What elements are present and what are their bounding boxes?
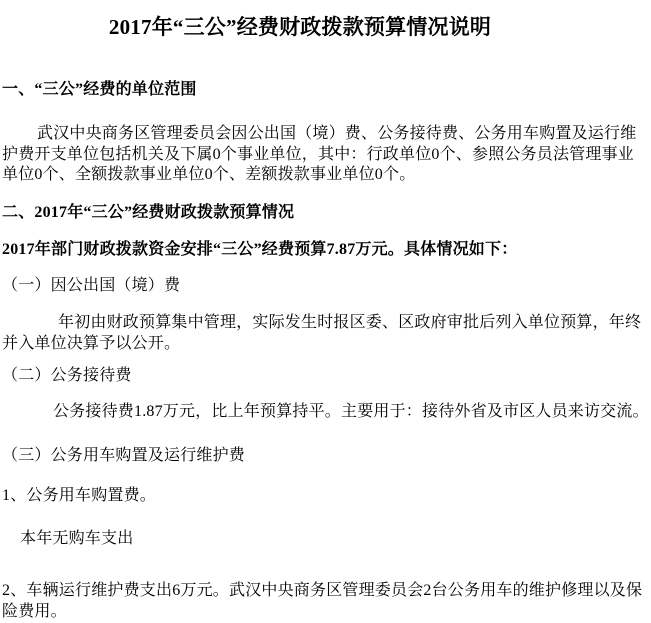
section-1-heading: 一、“三公”经费的单位范围 [2, 80, 650, 101]
subsection-1-heading-abroad-fee: （一）因公出国（境）费 [2, 276, 650, 297]
section-1-paragraph-unit-scope: 武汉中央商务区管理委员会因公出国（境）费、公务接待费、公务用车购置及运行维护费开… [2, 124, 650, 186]
list-item-vehicle-purchase: 1、公务用车购置费。 [2, 486, 650, 507]
subsection-2-heading-reception-fee: （二）公务接待费 [2, 366, 650, 387]
section-2-heading: 二、2017年“三公”经费财政拨款预算情况 [2, 203, 650, 224]
document-page: 2017年“三公”经费财政拨款预算情况说明 一、“三公”经费的单位范围 武汉中央… [0, 0, 651, 623]
paragraph-abroad-fee: 年初由财政预算集中管理，实际发生时报区委、区政府审批后列入单位预算，年终并入单位… [2, 313, 650, 354]
budget-summary-line: 2017年部门财政拨款资金安排“三公”经费预算7.87万元。具体情况如下： [2, 240, 650, 261]
page-title: 2017年“三公”经费财政拨款预算情况说明 [0, 14, 600, 41]
subsection-3-heading-vehicle-fee: （三）公务用车购置及运行维护费 [2, 446, 650, 467]
paragraph-no-purchase: 本年无购车支出 [20, 529, 650, 550]
list-item-vehicle-maintenance: 2、车辆运行维护费支出6万元。武汉中央商务区管理委员会2台公务用车的维护修理以及… [2, 581, 650, 622]
paragraph-reception-fee: 公务接待费1.87万元，比上年预算持平。主要用于：接待外省及市区人员来访交流。 [2, 402, 650, 423]
